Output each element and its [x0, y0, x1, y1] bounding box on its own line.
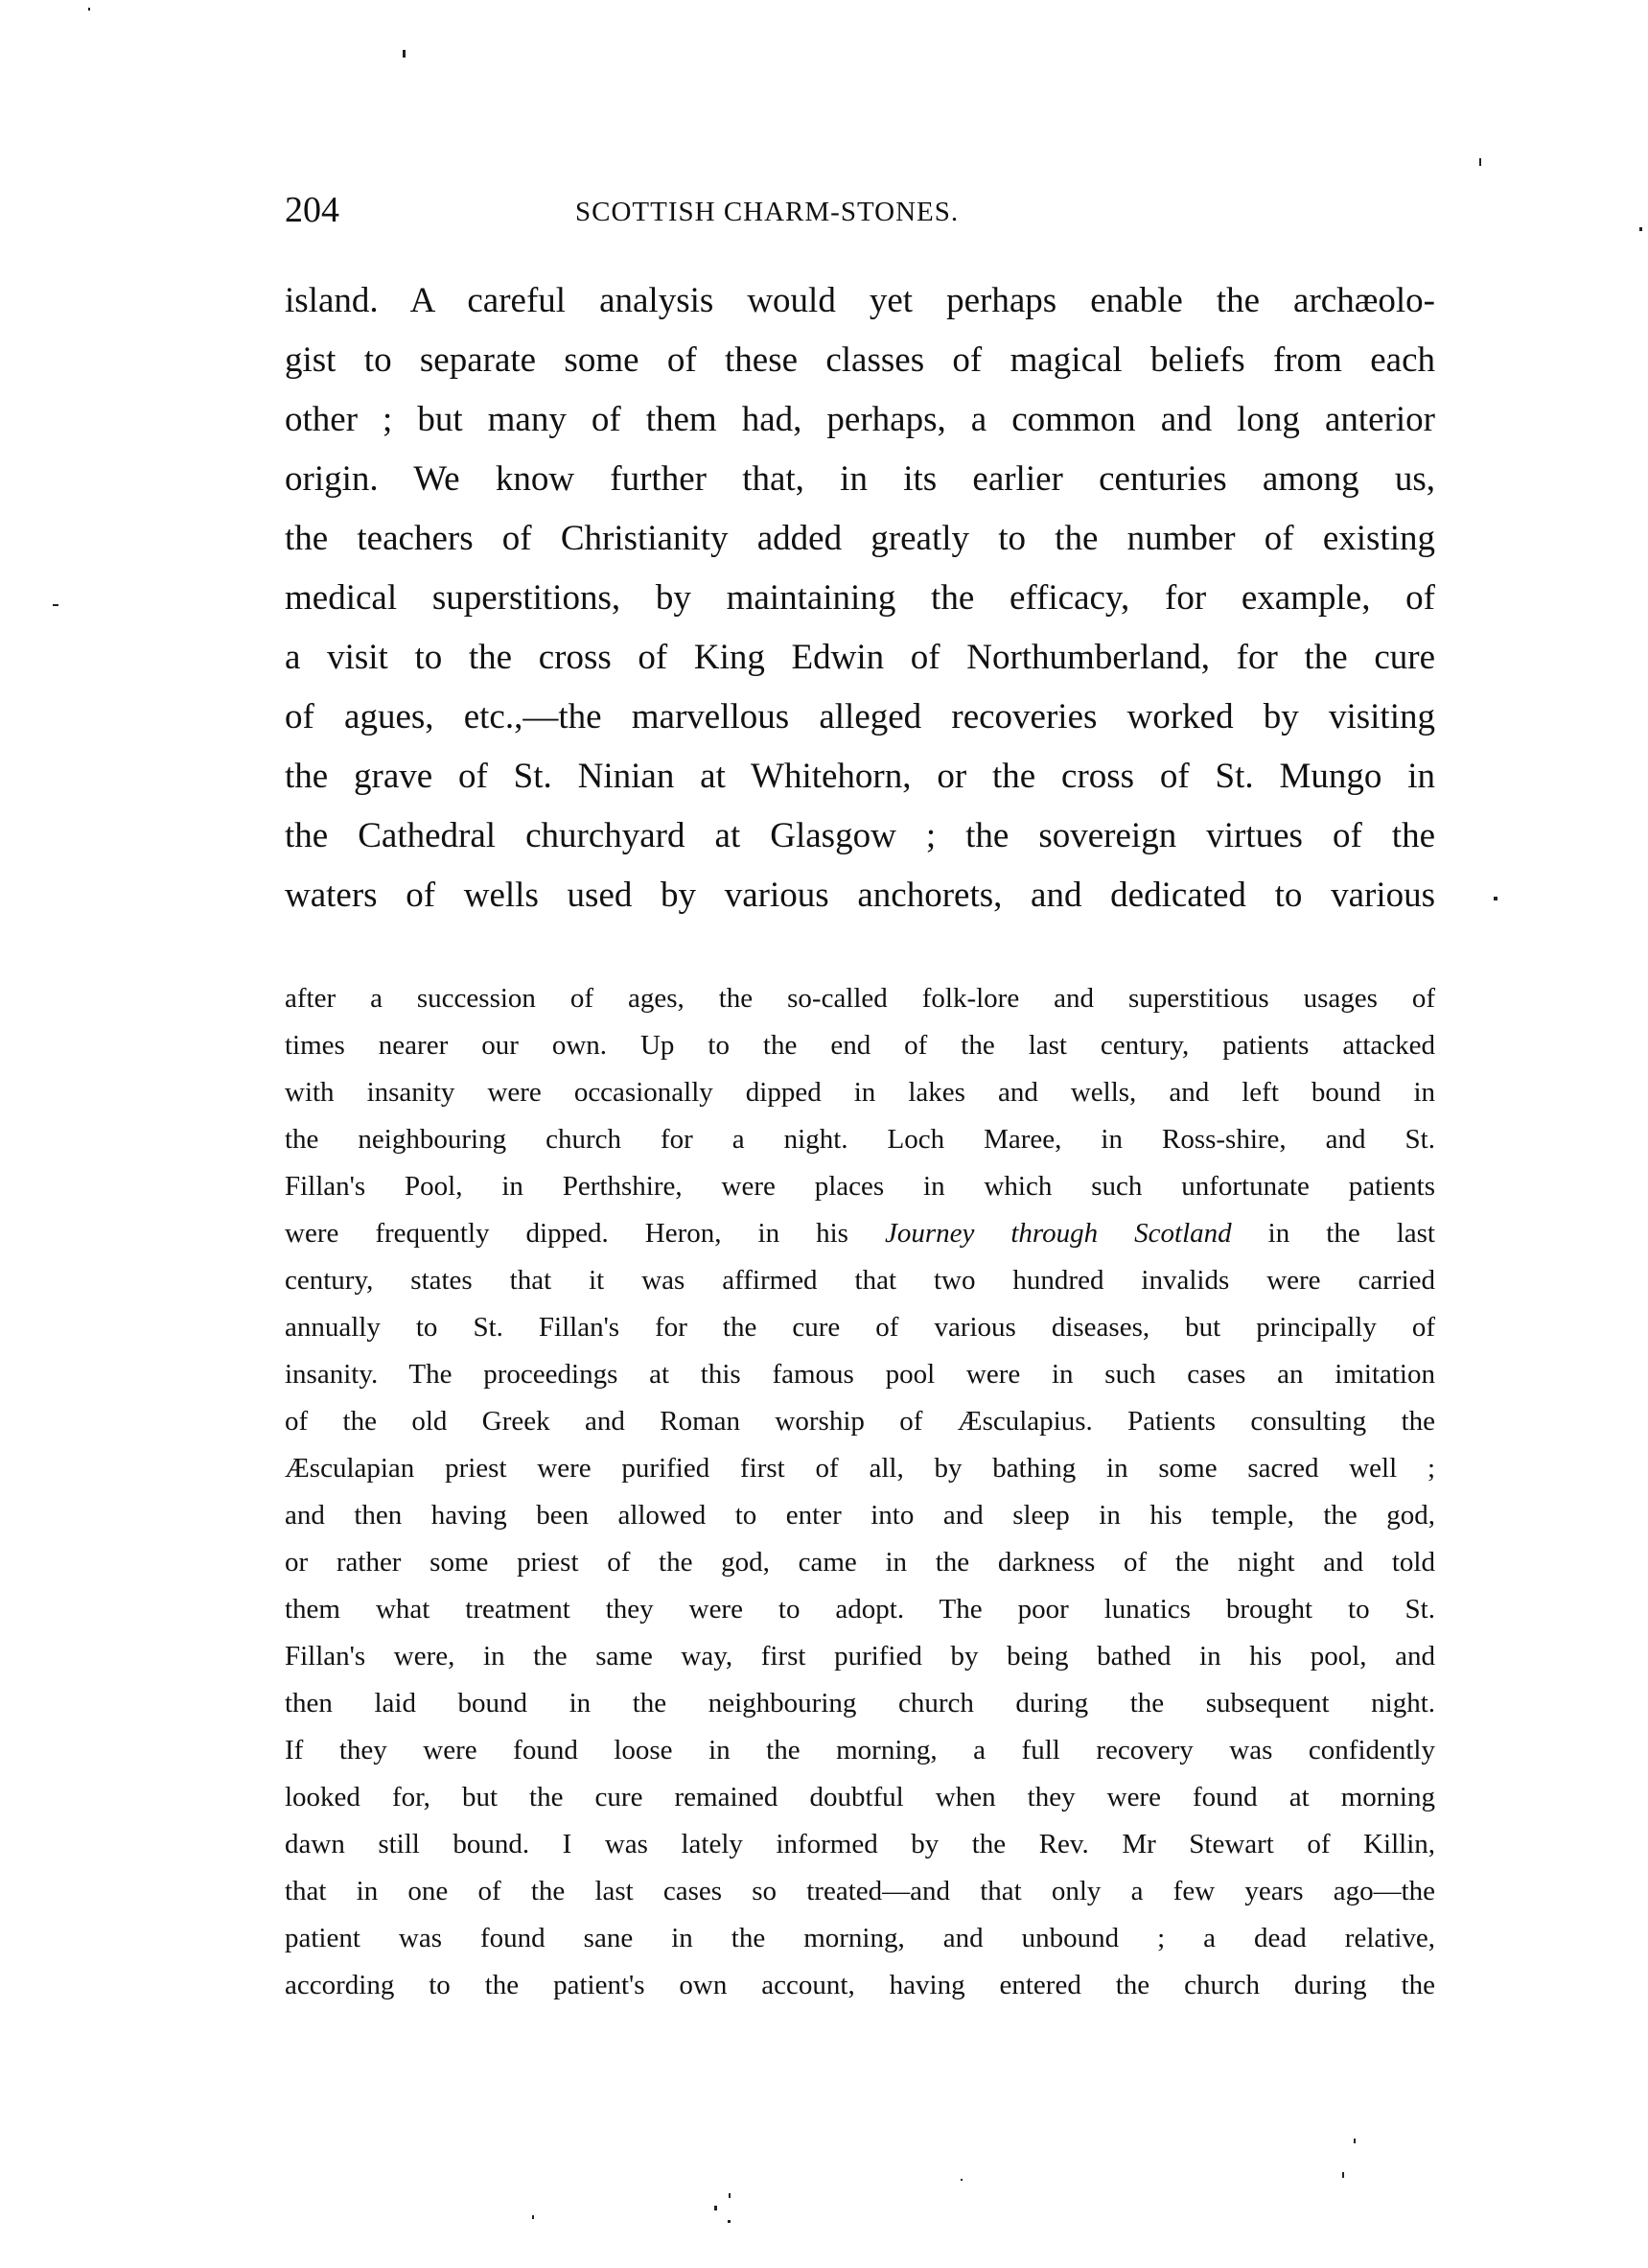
- footnote-line: the neighbouring church for a night. Loc…: [285, 1116, 1435, 1163]
- running-head: 204 SCOTTISH CHARM-STONES.: [285, 188, 1440, 232]
- footnote-line: times nearer our own. Up to the end of t…: [285, 1022, 1435, 1069]
- text-line: the Cathedral churchyard at Glasgow ; th…: [285, 807, 1435, 866]
- scan-speck: [961, 2179, 963, 2181]
- footnote-line: that in one of the last cases so treated…: [285, 1868, 1435, 1915]
- footnote-line: after a succession of ages, the so-calle…: [285, 975, 1435, 1022]
- text-line: the grave of St. Ninian at Whitehorn, or…: [285, 747, 1435, 807]
- scan-speck: [1479, 158, 1481, 166]
- scan-speck: [729, 2193, 731, 2198]
- text-line: origin. We know further that, in its ear…: [285, 450, 1435, 509]
- scan-speck: [728, 2220, 731, 2223]
- running-title: SCOTTISH CHARM-STONES.: [575, 192, 959, 232]
- scan-speck: [714, 2206, 717, 2210]
- scan-speck: [1342, 2172, 1344, 2178]
- text-line: gist to separate some of these classes o…: [285, 331, 1435, 390]
- text-line: island. A careful analysis would yet per…: [285, 271, 1435, 331]
- text-line: other ; but many of them had, perhaps, a…: [285, 390, 1435, 450]
- footnote-line: them what treatment they were to adopt. …: [285, 1586, 1435, 1633]
- footnote-line: annually to St. Fillan's for the cure of…: [285, 1304, 1435, 1351]
- text-line: of agues, etc.,—the marvellous alleged r…: [285, 688, 1435, 747]
- scan-speck: [403, 50, 406, 58]
- footnote-line: looked for, but the cure remained doubtf…: [285, 1774, 1435, 1821]
- scan-speck: [1494, 897, 1497, 900]
- footnote-line: Æsculapian priest were purified first of…: [285, 1445, 1435, 1492]
- page-number: 204: [285, 188, 339, 232]
- scan-speck: [1354, 2139, 1356, 2143]
- scan-speck: [1639, 227, 1642, 231]
- footnote-line: or rather some priest of the god, came i…: [285, 1539, 1435, 1586]
- footnote-line: with insanity were occasionally dipped i…: [285, 1069, 1435, 1116]
- footnote: after a succession of ages, the so-calle…: [285, 975, 1435, 2009]
- footnote-line: insanity. The proceedings at this famous…: [285, 1351, 1435, 1398]
- footnote-line: dawn still bound. I was lately informed …: [285, 1821, 1435, 1868]
- footnote-line: were frequently dipped. Heron, in his Jo…: [285, 1210, 1435, 1257]
- footnote-line: century, states that it was affirmed tha…: [285, 1257, 1435, 1304]
- book-page: 204 SCOTTISH CHARM-STONES. island. A car…: [0, 0, 1648, 2268]
- footnote-line: and then having been allowed to enter in…: [285, 1492, 1435, 1539]
- text-line: a visit to the cross of King Edwin of No…: [285, 628, 1435, 688]
- main-text: island. A careful analysis would yet per…: [285, 271, 1435, 925]
- text-line: waters of wells used by various anchoret…: [285, 866, 1435, 925]
- footnote-line: according to the patient's own account, …: [285, 1962, 1435, 2009]
- text-line: medical superstitions, by maintaining th…: [285, 569, 1435, 628]
- footnote-line: If they were found loose in the morning,…: [285, 1727, 1435, 1774]
- scan-speck: [88, 8, 90, 11]
- footnote-line: of the old Greek and Roman worship of Æs…: [285, 1398, 1435, 1445]
- text-line: the teachers of Christianity added great…: [285, 509, 1435, 569]
- footnote-line: then laid bound in the neighbouring chur…: [285, 1680, 1435, 1727]
- footnote-line: Fillan's were, in the same way, first pu…: [285, 1633, 1435, 1680]
- footnote-line: patient was found sane in the morning, a…: [285, 1915, 1435, 1962]
- scan-speck: [532, 2215, 534, 2219]
- book-title-italic: Journey through Scotland: [885, 1218, 1232, 1249]
- footnote-line: Fillan's Pool, in Perthshire, were place…: [285, 1163, 1435, 1210]
- scan-speck: [53, 604, 58, 606]
